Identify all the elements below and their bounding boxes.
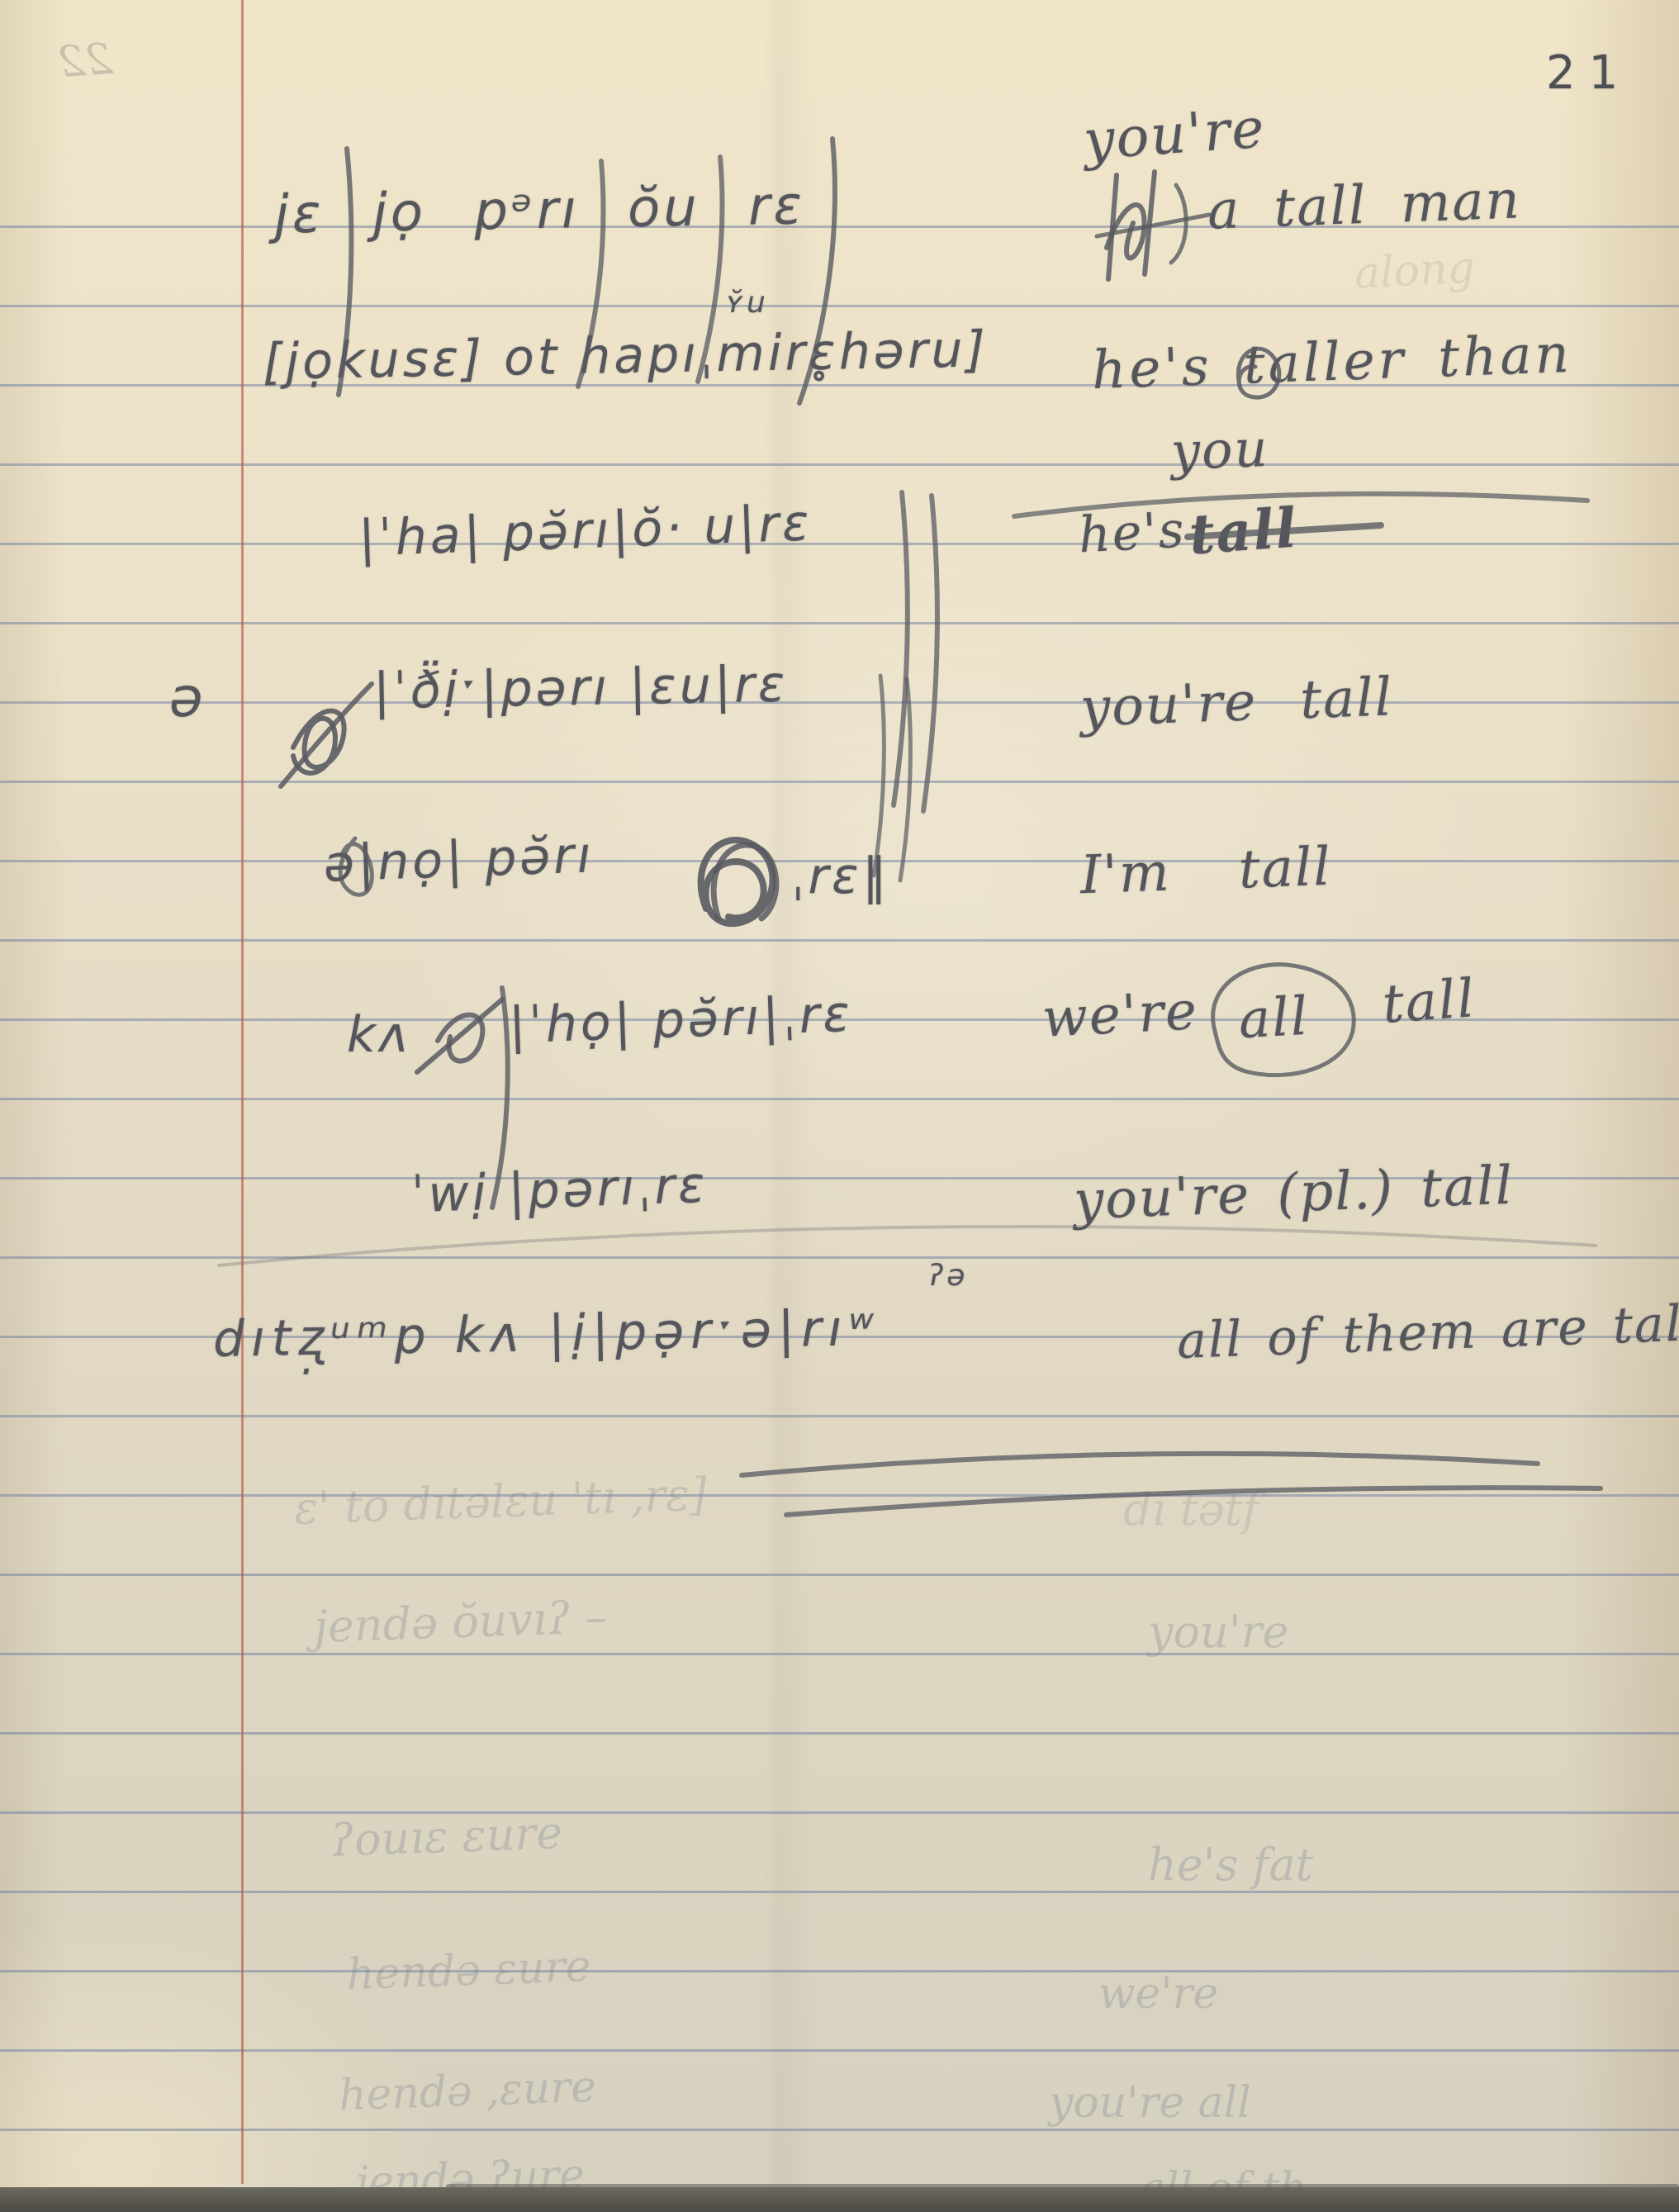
gloss-1-top: you're bbox=[1082, 96, 1268, 172]
notebook-edge-below bbox=[0, 2187, 1679, 2212]
gloss-6-post: tall bbox=[1381, 968, 1478, 1036]
gloss-6-pre: we're bbox=[1041, 980, 1199, 1050]
gloss-1: a tall man bbox=[1207, 169, 1522, 241]
ipa-line-1: jɛ jọ pᵊrı ŏu rɛ bbox=[273, 175, 805, 245]
gloss-4: you're tall bbox=[1079, 667, 1394, 738]
ipa-line-6-prefix: kʌ bbox=[347, 1006, 411, 1064]
page-number: 21 bbox=[1546, 46, 1631, 100]
gloss-6-circled-word: all bbox=[1237, 986, 1311, 1051]
ipa-line-5-end: ˌrɛ‖ bbox=[791, 847, 890, 905]
ipa-line-5: ə|nọ| pə̆rı bbox=[323, 826, 595, 893]
ipa-line-7: ˈwị |pərıˌrɛ bbox=[410, 1156, 709, 1225]
gloss-5: I'm tall bbox=[1079, 837, 1333, 907]
ipa-superscript-8: ʔə bbox=[928, 1259, 969, 1293]
ipa-line-8: dıtʐ̣ᵘᵐp kʌ |ị|pə̣rˑə|rıʷ bbox=[212, 1299, 880, 1369]
notebook-page: 22 along ɛ' to dıtəlɛu 'tı ,rɛ] dı tətf … bbox=[0, 0, 1679, 2212]
ipa-superscript-2: ʏ̆u bbox=[725, 286, 769, 320]
gloss-3-b: tall bbox=[1187, 496, 1300, 567]
red-margin-line bbox=[241, 0, 244, 2184]
ipa-line-4: |ˈð̈ịˑ|pərı |ɛu|rɛ bbox=[372, 656, 789, 721]
ghost-page-number: 22 bbox=[56, 35, 114, 88]
ipa-line-4-prefix: ə bbox=[169, 666, 206, 729]
gloss-3-a: he's bbox=[1077, 501, 1187, 565]
gloss-2-below: you bbox=[1170, 418, 1270, 482]
ipa-line-6: |ˈhọ| pə̆rı|ˌrɛ bbox=[508, 985, 854, 1056]
